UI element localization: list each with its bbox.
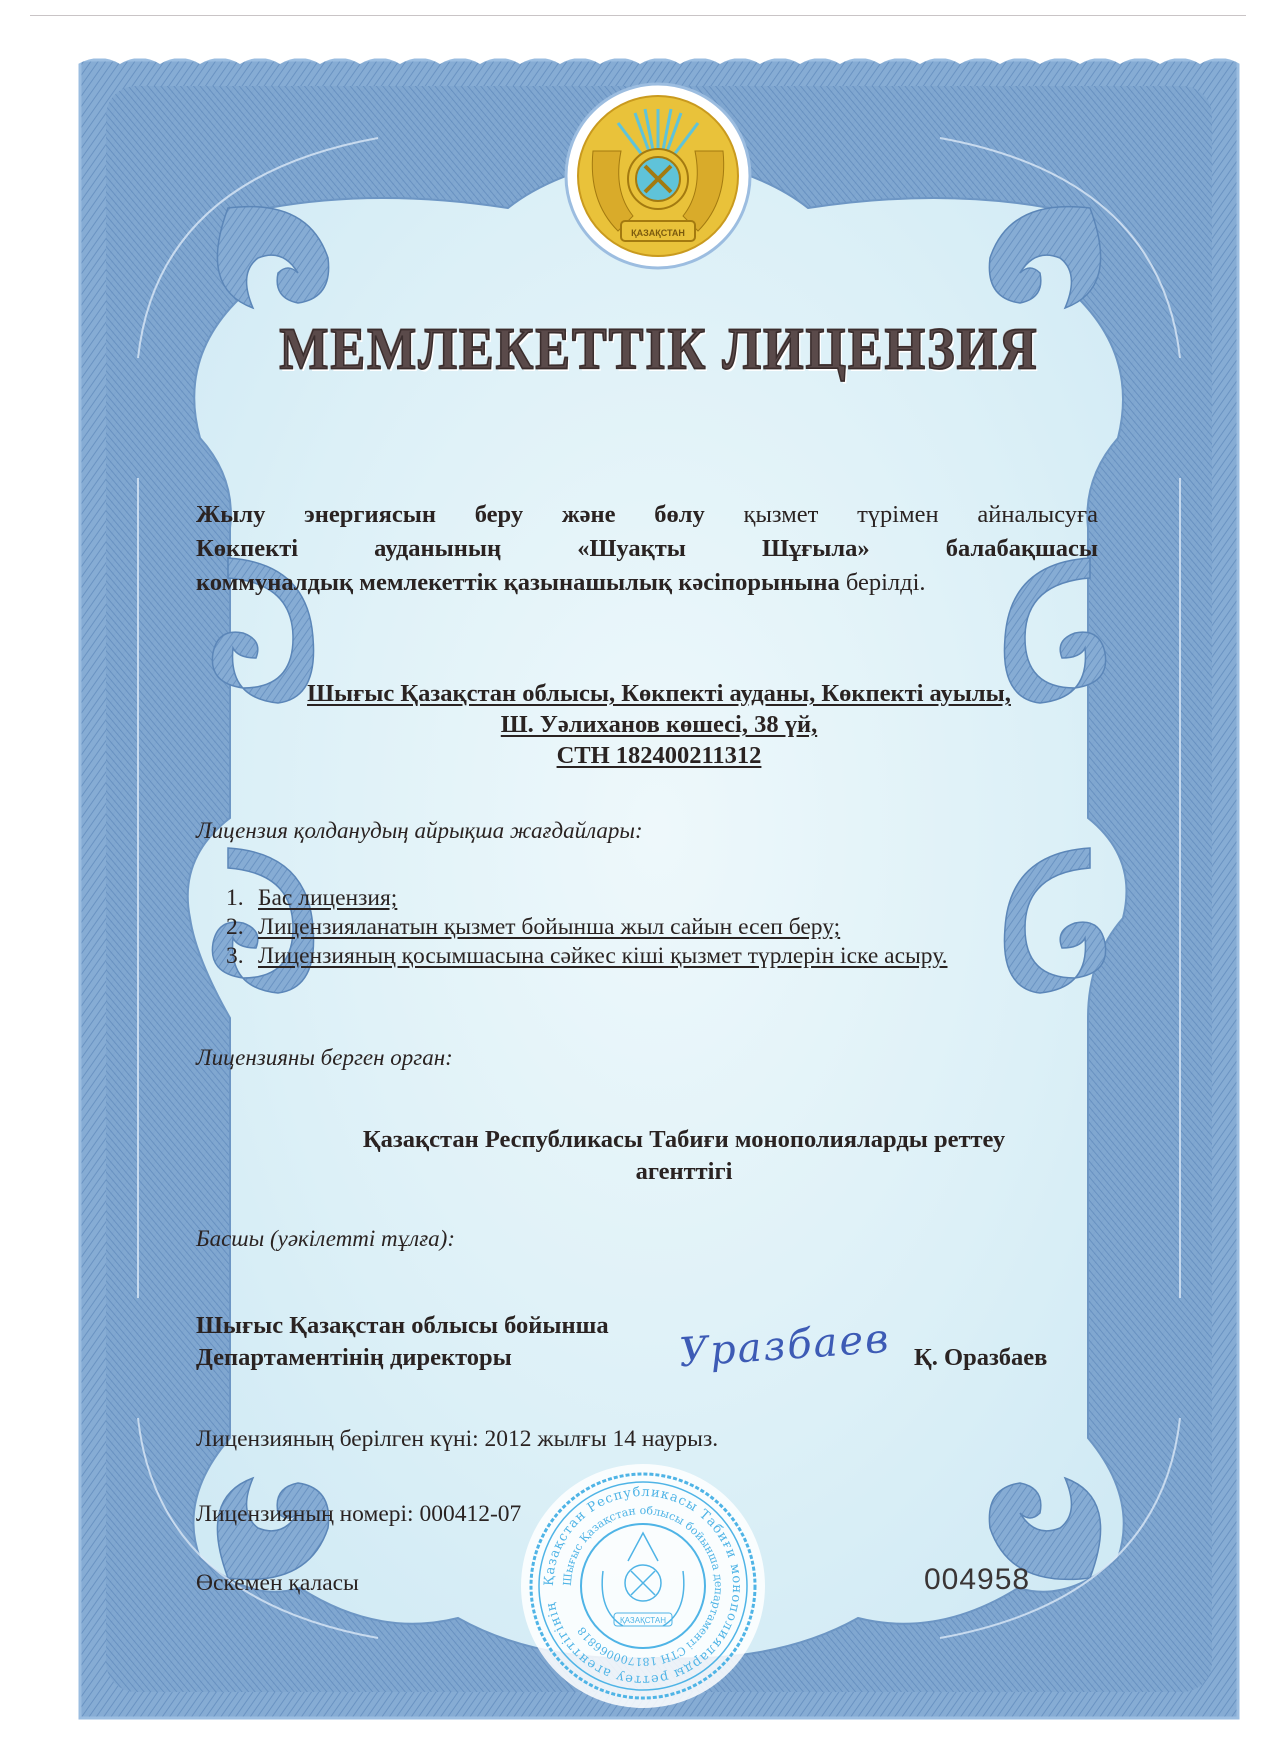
conditions-label: Лицензия қолданудың айрықша жағдайлары: — [196, 818, 643, 844]
license-certificate: ҚАЗАҚСТАН МЕМЛЕКЕТТІК ЛИЦЕНЗИЯ Жылу энер… — [78, 58, 1240, 1720]
condition-item: 1. Бас лицензия; — [226, 884, 1098, 913]
svg-text:ҚАЗАҚСТАН: ҚАЗАҚСТАН — [631, 228, 685, 238]
issuer-label: Лицензияны берген орган: — [196, 1045, 453, 1071]
official-stamp-icon: Қазақстан Республикасы Табиғи монополиял… — [518, 1461, 768, 1711]
handwritten-signature: Уразбаев — [678, 1316, 892, 1377]
issue-date: Лицензияның берілген күні: 2012 жылғы 14… — [196, 1426, 718, 1453]
holder-type: коммуналдық мемлекеттік қазынашылық кәсі… — [196, 569, 840, 596]
license-number: Лицензияның номері: 000412-07 — [196, 1501, 521, 1528]
serial-number: 004958 — [924, 1563, 1030, 1597]
svg-text:ҚАЗАҚСТАН: ҚАЗАҚСТАН — [620, 1616, 666, 1625]
holder-address: Шығыс Қазақстан облысы, Көкпекті ауданы,… — [78, 678, 1240, 771]
address-line-1: Шығыс Қазақстан облысы, Көкпекті ауданы,… — [307, 680, 1011, 707]
signer-position: Шығыс Қазақстан облысы бойынша Департаме… — [196, 1310, 609, 1374]
address-line-2: Ш. Уәлиханов көшесі, 38 үй, — [501, 711, 817, 738]
condition-item: 3. Лицензияның қосымшасына сәйкес кіші қ… — [226, 942, 1098, 971]
holder-name: Көкпекті ауданының «Шуақты Шұғыла» балаб… — [196, 535, 1098, 562]
state-emblem-icon: ҚАЗАҚСТАН — [573, 91, 743, 261]
issue-city: Өскемен қаласы — [196, 1570, 359, 1597]
activity-type: Жылу энергиясын беру және бөлу — [196, 501, 705, 528]
license-holder-paragraph: Жылу энергиясын беру және бөлу қызмет тү… — [196, 498, 1098, 600]
scan-edge — [30, 15, 1246, 16]
condition-item: 2. Лицензияланатын қызмет бойынша жыл са… — [226, 913, 1098, 942]
tax-id: СТН 182400211312 — [557, 742, 762, 769]
signer-name: Қ. Оразбаев — [914, 1344, 1047, 1372]
conditions-list: 1. Бас лицензия; 2. Лицензияланатын қызм… — [226, 884, 1098, 971]
issuing-authority: Қазақстан Республикасы Табиғи монополиял… — [78, 1124, 1240, 1188]
document-title: МЕМЛЕКЕТТІК ЛИЦЕНЗИЯ — [78, 316, 1240, 384]
head-label: Басшы (уәкілетті тұлға): — [196, 1226, 455, 1252]
